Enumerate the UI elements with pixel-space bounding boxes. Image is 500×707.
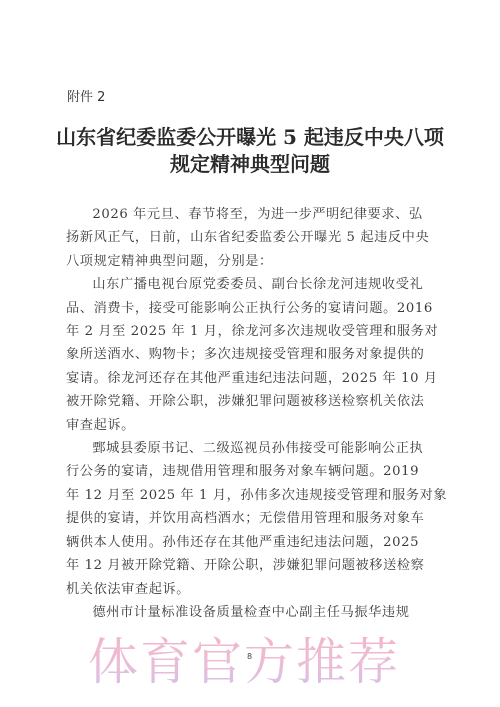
text-line: 2026 年元旦、春节将至，为进一步严明纪律要求、弘 [66,203,438,226]
paragraph-case-2: 鄄城县委原书记、二级巡视员孙伟接受可能影响公正执 行公务的宴请，违规借用管理和服… [66,437,438,601]
text-line: 机关依法审查起诉。 [66,578,438,601]
attachment-label: 附件 2 [67,86,105,105]
text-line: 审查起诉。 [66,414,438,437]
paragraph-case-1: 山东广播电视台原党委委员、副台长徐龙河违规收受礼 品、消费卡，接受可能影响公正执… [66,273,438,437]
title-line-1: 山东省纪委监委公开曝光 5 起违反中央八项 [0,124,500,151]
watermark-text: 体育官方推荐 [88,632,418,692]
text-line: 山东广播电视台原党委委员、副台长徐龙河违规收受礼 [66,273,438,296]
text-line: 辆供本人使用。孙伟还存在其他严重违纪违法问题，2025 [66,531,438,554]
text-line: 鄄城县委原书记、二级巡视员孙伟接受可能影响公正执 [66,437,438,460]
paragraph-intro: 2026 年元旦、春节将至，为进一步严明纪律要求、弘 扬新风正气，日前，山东省纪… [66,203,438,273]
text-line: 年 12 月被开除党籍、开除公职，涉嫌犯罪问题被移送检察 [66,554,438,577]
text-line: 宴请。徐龙河还存在其他严重违纪违法问题，2025 年 10 月 [66,367,438,390]
document-body: 2026 年元旦、春节将至，为进一步严明纪律要求、弘 扬新风正气，日前，山东省纪… [66,203,438,624]
document-title: 山东省纪委监委公开曝光 5 起违反中央八项 规定精神典型问题 [0,124,500,178]
text-line: 被开除党籍、开除公职，涉嫌犯罪问题被移送检察机关依法 [66,390,438,413]
paragraph-case-3: 德州市计量标准设备质量检查中心副主任马振华违规 [66,601,438,624]
text-line: 德州市计量标准设备质量检查中心副主任马振华违规 [66,601,438,624]
page-number: 8 [247,652,252,661]
text-line: 提供的宴请，并饮用高档酒水；无偿借用管理和服务对象车 [66,507,438,530]
text-line: 品、消费卡，接受可能影响公正执行公务的宴请问题。2016 [66,297,438,320]
title-line-2: 规定精神典型问题 [0,151,500,178]
text-line: 年 2 月至 2025 年 1 月，徐龙河多次违规收受管理和服务对 [66,320,438,343]
text-line: 年 12 月至 2025 年 1 月，孙伟多次违规接受管理和服务对象 [66,484,438,507]
text-line: 象所送酒水、购物卡；多次违规接受管理和服务对象提供的 [66,343,438,366]
text-line: 行公务的宴请，违规借用管理和服务对象车辆问题。2019 [66,460,438,483]
text-line: 八项规定精神典型问题，分别是： [66,250,438,273]
text-line: 扬新风正气，日前，山东省纪委监委公开曝光 5 起违反中央 [66,226,438,249]
